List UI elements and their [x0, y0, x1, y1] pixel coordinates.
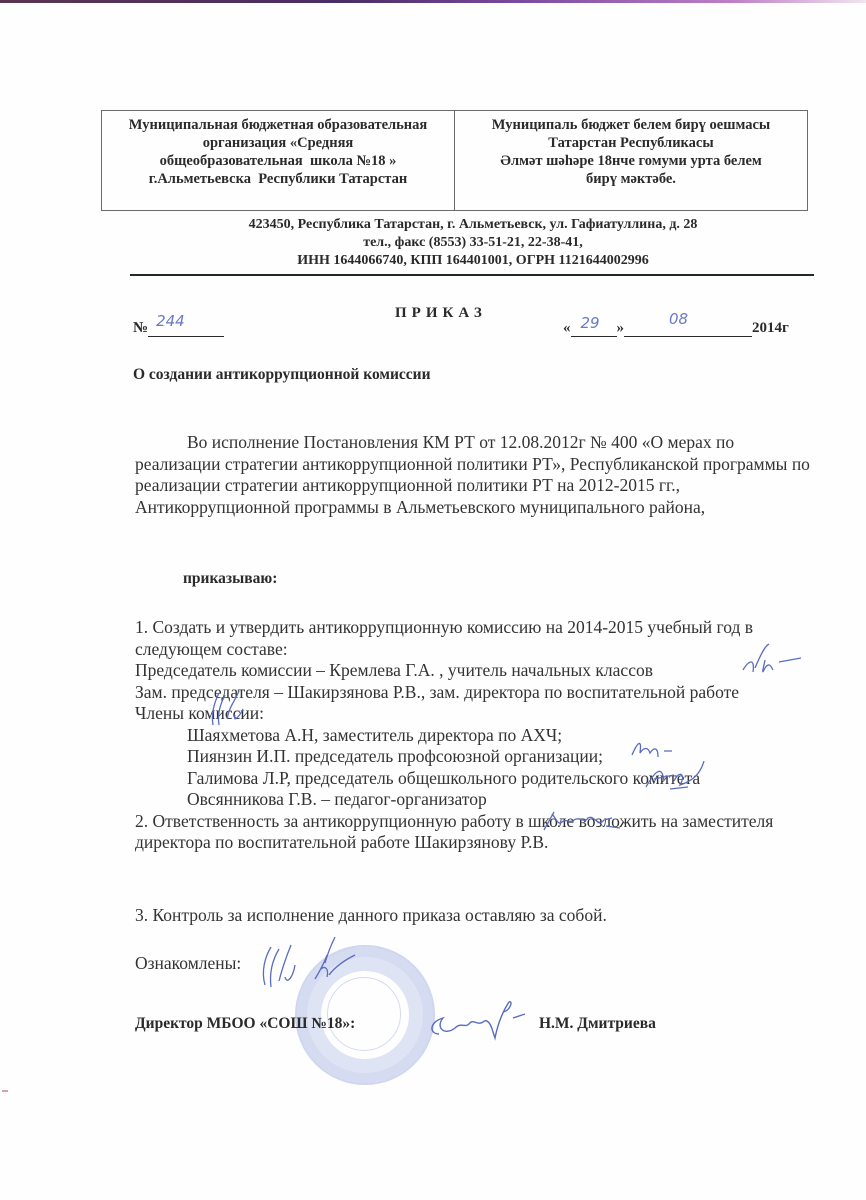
phone-line: тел., факс (8553) 33-51-21, 22-38-41,: [130, 234, 816, 252]
order-subject: О создании антикоррупционной комиссии: [133, 366, 431, 384]
order-title: ПРИКАЗ: [395, 305, 487, 322]
acknowledged-label: Ознакомлены:: [135, 953, 241, 974]
registration-line: ИНН 1644066740, КПП 164401001, ОГРН 1121…: [130, 252, 816, 270]
handwritten-number: 244: [156, 312, 185, 330]
order-date: «29»082014г: [563, 318, 789, 337]
signature-vice-chair-icon: [205, 685, 250, 730]
month-field: 08: [624, 318, 752, 337]
year: 2014г: [752, 320, 789, 336]
quote-open: «: [563, 320, 571, 336]
handwritten-day: 29: [581, 314, 600, 332]
item-1-intro: 1. Создать и утвердить антикоррупционную…: [135, 617, 815, 660]
letterhead-line: Татарстан Республикасы: [455, 134, 807, 152]
signature-director-icon: [425, 998, 535, 1048]
number-sign: №: [133, 320, 148, 336]
address-line: 423450, Республика Татарстан, г. Альметь…: [130, 216, 816, 234]
handwritten-month: 08: [669, 310, 688, 328]
number-field: 244: [148, 318, 224, 337]
signature-member-2-icon: [640, 757, 710, 797]
director-title: Директор МБОО «СОШ №18»:: [135, 1015, 355, 1033]
letterhead-line: г.Альметьевска Республики Татарстан: [102, 170, 454, 188]
signatures-acknowledged-icon: [255, 935, 365, 995]
quote-close: »: [617, 320, 625, 336]
item-2: 2. Ответственность за антикоррупционную …: [135, 811, 815, 854]
preamble-paragraph: Во исполнение Постановления КМ РТ от 12.…: [135, 432, 815, 518]
director-name: Н.М. Дмитриева: [539, 1015, 656, 1033]
letterhead-line: Муниципальная бюджетная образовательная: [102, 116, 454, 134]
letterhead-box: Муниципальная бюджетная образовательная …: [101, 110, 808, 211]
order-number: №244: [133, 318, 224, 337]
member-item: Овсянникова Г.В. – педагог-организатор: [135, 789, 815, 811]
header-divider: [130, 274, 814, 276]
commission-chair: Председатель комиссии – Кремлева Г.А. , …: [135, 660, 815, 682]
day-field: 29: [571, 318, 617, 337]
item-3: 3. Контроль за исполнение данного приказ…: [135, 905, 607, 926]
scan-margin-mark: [2, 1090, 8, 1092]
address-block: 423450, Республика Татарстан, г. Альметь…: [130, 216, 816, 270]
signature-chair-icon: [735, 640, 805, 685]
letterhead-line: общеобразовательная школа №18 »: [102, 152, 454, 170]
directive-word: приказываю:: [183, 570, 277, 588]
order-items: 1. Создать и утвердить антикоррупционную…: [135, 617, 815, 854]
letterhead-russian: Муниципальная бюджетная образовательная …: [102, 111, 455, 210]
letterhead-line: организация «Средняя: [102, 134, 454, 152]
letterhead-line: Әлмәт шәһәре 18нче гомуми урта белем: [455, 152, 807, 170]
signature-member-4-icon: [540, 808, 630, 838]
member-item: Пиянзин И.П. председатель профсоюзной ор…: [135, 746, 815, 768]
member-item: Галимова Л.Р, председатель общешкольного…: [135, 768, 815, 790]
scan-top-edge: [0, 0, 866, 3]
letterhead-tatar: Муниципаль бюджет белем бирү оешмасы Тат…: [455, 111, 807, 210]
letterhead-line: Муниципаль бюджет белем бирү оешмасы: [455, 116, 807, 134]
letterhead-line: бирү мәктәбе.: [455, 170, 807, 188]
